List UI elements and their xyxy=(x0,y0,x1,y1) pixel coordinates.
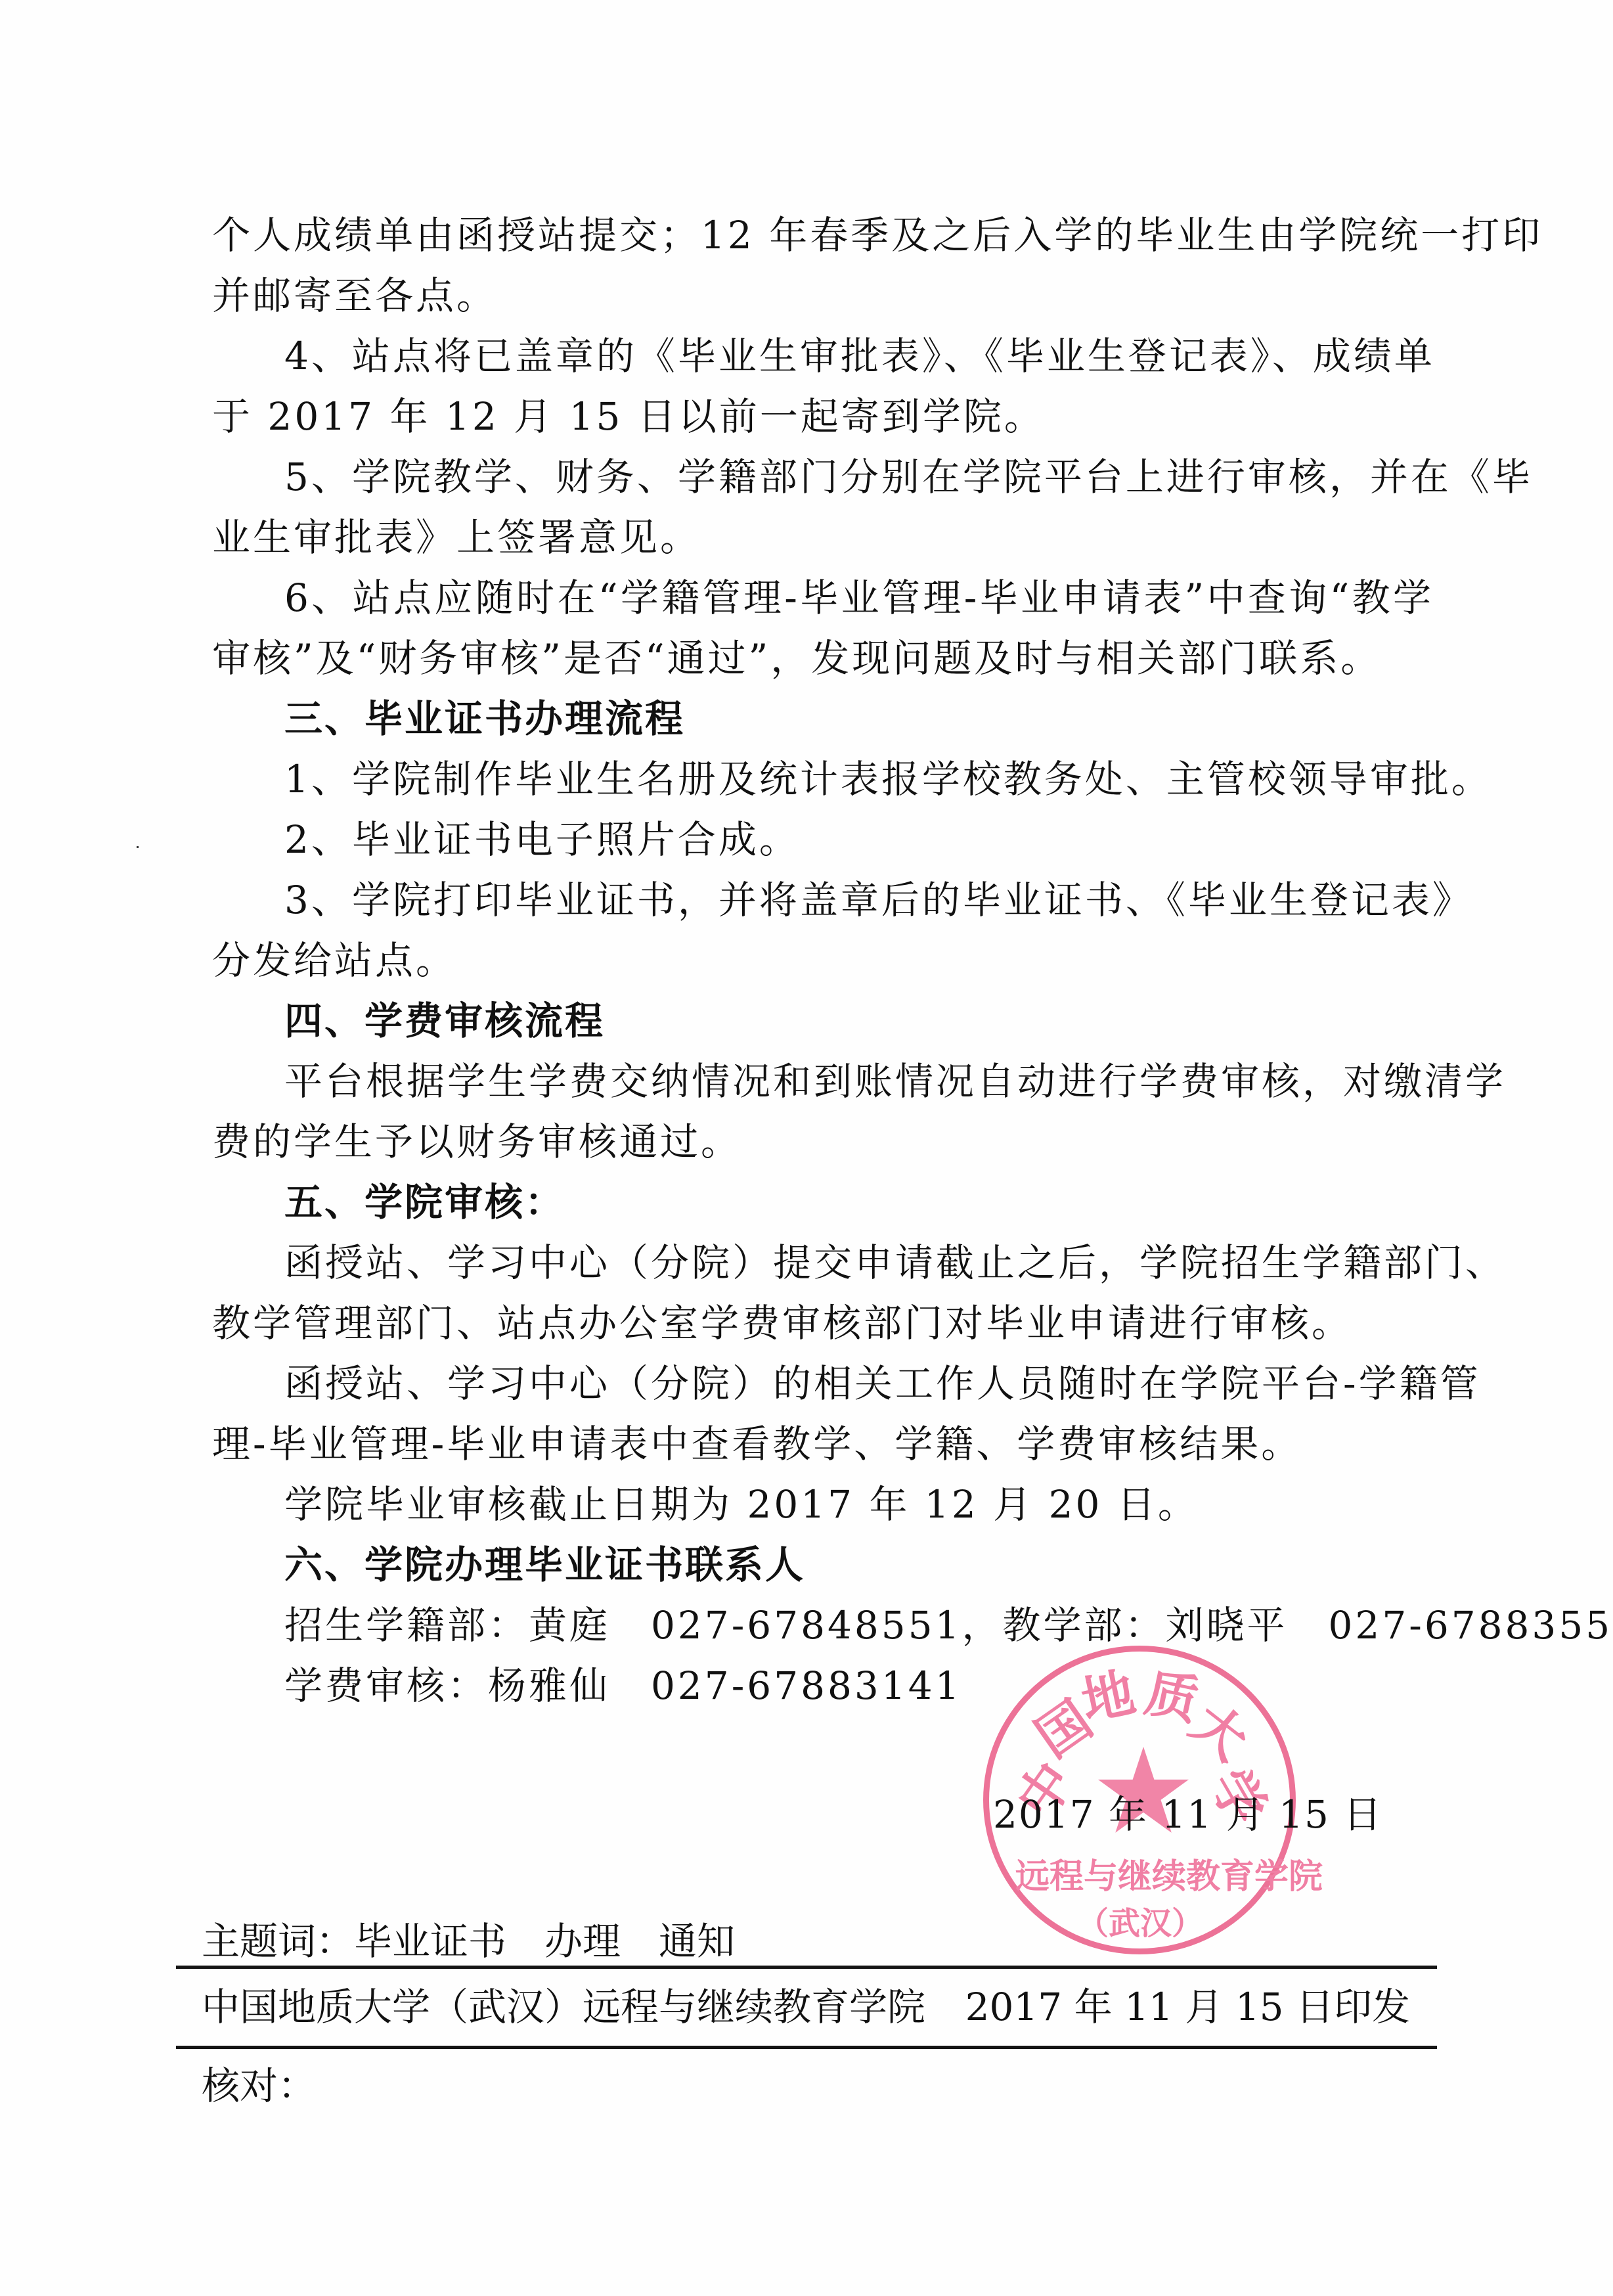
section-heading-4: 四、学费审核流程 xyxy=(284,995,1513,1047)
body-line: 于 2017 年 12 月 15 日以前一起寄到学院。 xyxy=(212,390,1440,443)
subject-keywords: 主题词：毕业证书 办理 通知 xyxy=(202,1915,735,1968)
body-line: 1、学院制作毕业生名册及统计表报学校教务处、主管校领导审批。 xyxy=(284,753,1513,805)
body-line: 5、学院教学、财务、学籍部门分别在学院平台上进行审核，并在《毕 xyxy=(284,451,1434,503)
signature-date: 2017 年 11 月 15 日 xyxy=(993,1788,1382,1841)
footer-rule-top xyxy=(176,1966,1437,1969)
body-line: 3、学院打印毕业证书，并将盖章后的毕业证书、《毕业生登记表》 xyxy=(284,874,1513,926)
body-line: 2、毕业证书电子照片合成。 xyxy=(284,813,1513,866)
section-heading-5: 五、学院审核： xyxy=(284,1176,1513,1228)
body-line: 函授站、学习中心（分院）提交申请截止之后，学院招生学籍部门、 xyxy=(284,1236,1513,1289)
body-line: 理-毕业管理-毕业申请表中查看教学、学籍、学费审核结果。 xyxy=(212,1418,1440,1470)
contact-line: 学费审核：杨雅仙 027-67883141 xyxy=(284,1659,1513,1712)
issue-date: 2017 年 11 月 15 日印发 xyxy=(965,1981,1410,2033)
body-line: 并邮寄至各点。 xyxy=(212,269,1440,322)
body-line: 业生审批表》上签署意见。 xyxy=(212,511,1440,564)
section-heading-6: 六、学院办理毕业证书联系人 xyxy=(284,1539,1513,1591)
body-line: 分发给站点。 xyxy=(212,934,1440,987)
seal-bottom-text: 远程与继续教育学院 xyxy=(1015,1849,1265,1898)
body-line: 教学管理部门、站点办公室学费审核部门对毕业申请进行审核。 xyxy=(212,1297,1440,1349)
body-line: 费的学生予以财务审核通过。 xyxy=(212,1115,1440,1168)
document-page: 个人成绩单由函授站提交；12 年春季及之后入学的毕业生由学院统一打印 并邮寄至各… xyxy=(0,0,1613,2296)
body-line: 6、站点应随时在“学籍管理-毕业管理-毕业申请表”中查询“教学 xyxy=(284,572,1434,624)
body-line: 4、站点将已盖章的《毕业生审批表》、《毕业生登记表》、成绩单 xyxy=(284,330,1434,382)
contact-line: 招生学籍部：黄庭 027-67848551，教学部：刘晓平 027-678835… xyxy=(284,1599,1513,1652)
body-line: 平台根据学生学费交纳情况和到账情况自动进行学费审核，对缴清学 xyxy=(284,1055,1434,1108)
body-line: 个人成绩单由函授站提交；12 年春季及之后入学的毕业生由学院统一打印 xyxy=(212,209,1434,261)
footer-rule-bottom xyxy=(176,2046,1437,2049)
body-line: 学院毕业审核截止日期为 2017 年 12 月 20 日。 xyxy=(284,1478,1513,1531)
body-line: 函授站、学习中心（分院）的相关工作人员随时在学院平台-学籍管 xyxy=(284,1357,1434,1410)
seal-city-text: （武汉） xyxy=(1015,1898,1265,1943)
checker-label: 核对： xyxy=(202,2060,316,2112)
body-line: 审核”及“财务审核”是否“通过”，发现问题及时与相关部门联系。 xyxy=(212,632,1440,685)
section-heading-3: 三、毕业证书办理流程 xyxy=(284,692,1513,745)
issuing-organization: 中国地质大学（武汉）远程与继续教育学院 xyxy=(202,1981,925,2033)
scan-speck xyxy=(137,846,139,848)
